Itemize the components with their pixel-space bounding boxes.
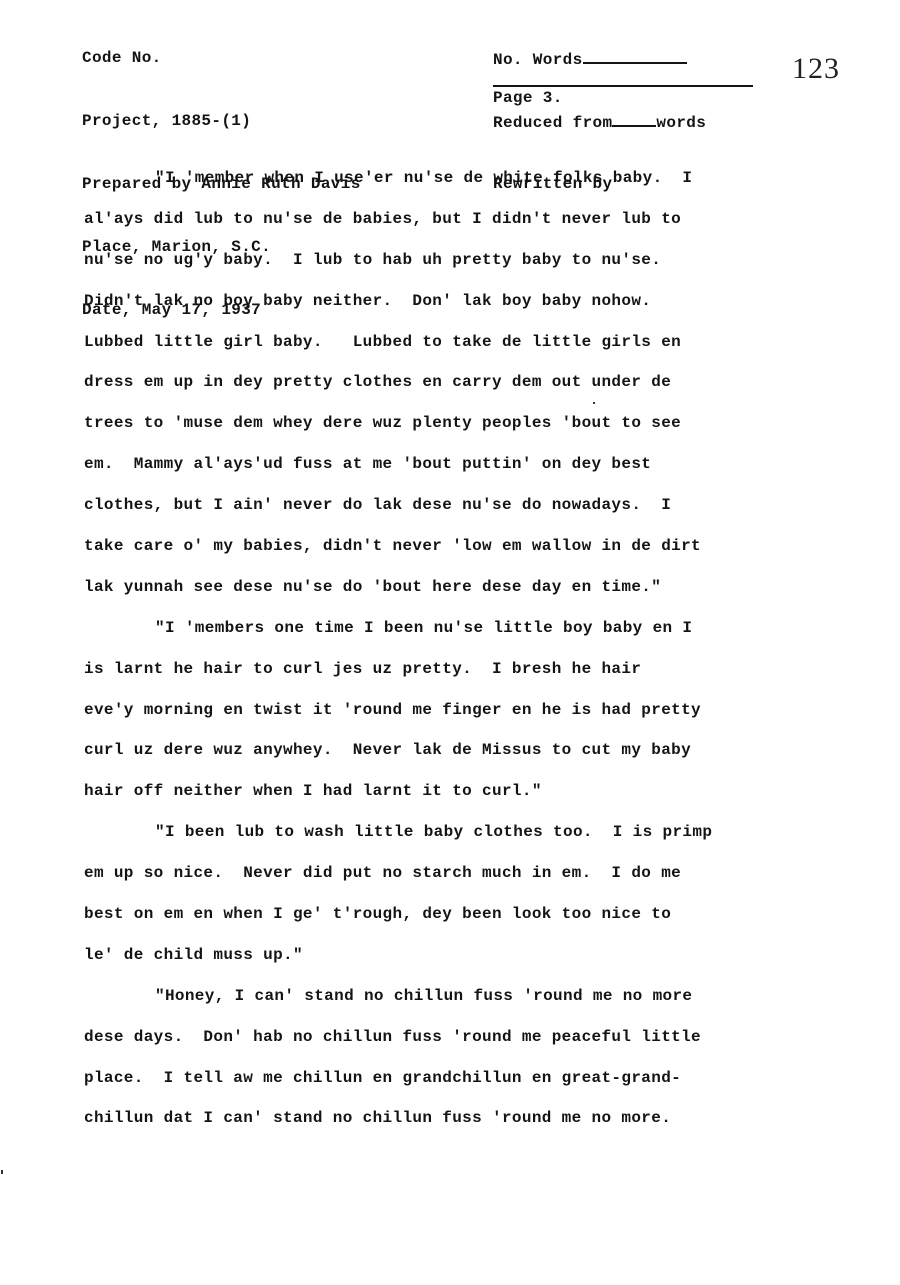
text-line: is larnt he hair to curl jes uz pretty. …: [84, 657, 844, 698]
text-line: "Honey, I can' stand no chillun fuss 'ro…: [84, 984, 844, 1025]
paragraph: "I been lub to wash little baby clothes …: [84, 820, 844, 984]
text-line: curl uz dere wuz anywhey. Never lak de M…: [84, 738, 844, 779]
no-words-field: No. Words: [493, 48, 706, 69]
code-no-field: Code No.: [82, 48, 361, 69]
scan-speck: [593, 402, 595, 404]
text-line: al'ays did lub to nu'se de babies, but I…: [84, 207, 844, 248]
text-line: le' de child muss up.": [84, 943, 844, 984]
text-line: em up so nice. Never did put no starch m…: [84, 861, 844, 902]
no-words-label: No. Words: [493, 51, 583, 69]
reduced-from-field: Reduced fromwords: [493, 111, 706, 132]
text-line: "I 'member when I use'er nu'se de white …: [84, 166, 844, 207]
text-line: lak yunnah see dese nu'se do 'bout here …: [84, 575, 844, 616]
text-line: em. Mammy al'ays'ud fuss at me 'bout put…: [84, 452, 844, 493]
text-line: chillun dat I can' stand no chillun fuss…: [84, 1106, 844, 1147]
text-line: nu'se no ug'y baby. I lub to hab uh pret…: [84, 248, 844, 289]
reduced-from-label: Reduced from: [493, 114, 612, 132]
text-line: clothes, but I ain' never do lak dese nu…: [84, 493, 844, 534]
no-words-blank: [583, 48, 687, 64]
text-line: dress em up in dey pretty clothes en car…: [84, 370, 844, 411]
reduced-from-blank: [612, 111, 656, 127]
scan-speck: [1, 1170, 3, 1174]
text-line: Lubbed little girl baby. Lubbed to take …: [84, 330, 844, 371]
page-number-label: Page 3.: [493, 89, 563, 107]
rewritten-by-rule: [493, 85, 753, 87]
text-line: place. I tell aw me chillun en grandchil…: [84, 1066, 844, 1107]
text-line: trees to 'muse dem whey dere wuz plenty …: [84, 411, 844, 452]
project-field: Project, 1885-(1): [82, 111, 361, 132]
reduced-words-label: words: [656, 114, 706, 132]
text-line: dese days. Don' hab no chillun fuss 'rou…: [84, 1025, 844, 1066]
document-page: Code No. Project, 1885-(1) Prepared by A…: [0, 0, 900, 1285]
text-line: eve'y morning en twist it 'round me fing…: [84, 698, 844, 739]
paragraph: "Honey, I can' stand no chillun fuss 'ro…: [84, 984, 844, 1148]
text-line: hair off neither when I had larnt it to …: [84, 779, 844, 820]
stamped-page-number: 123: [792, 52, 840, 86]
text-line: "I been lub to wash little baby clothes …: [84, 820, 844, 861]
text-line: take care o' my babies, didn't never 'lo…: [84, 534, 844, 575]
text-line: Didn't lak no boy baby neither. Don' lak…: [84, 289, 844, 330]
narrative-body: "I 'member when I use'er nu'se de white …: [84, 166, 844, 1147]
paragraph: "I 'members one time I been nu'se little…: [84, 616, 844, 820]
text-line: "I 'members one time I been nu'se little…: [84, 616, 844, 657]
text-line: best on em en when I ge' t'rough, dey be…: [84, 902, 844, 943]
paragraph: "I 'member when I use'er nu'se de white …: [84, 166, 844, 616]
